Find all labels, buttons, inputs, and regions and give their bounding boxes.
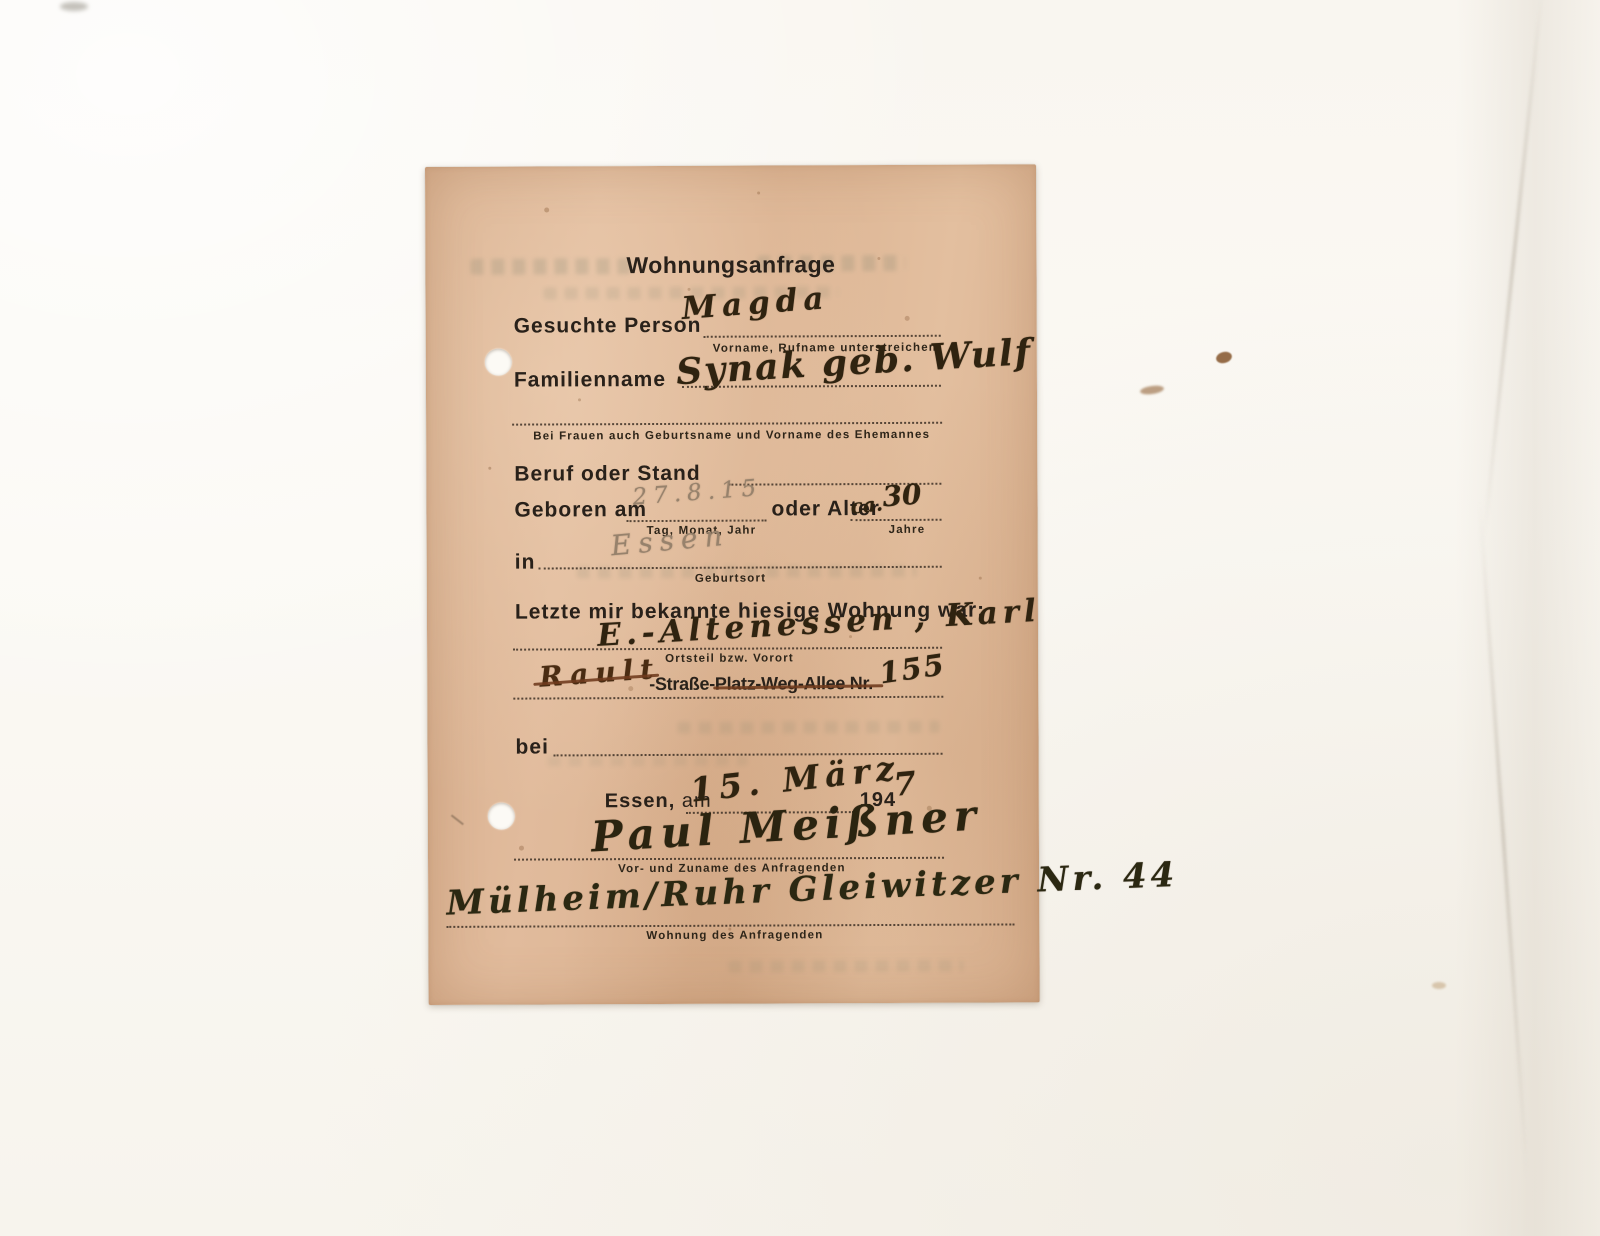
geburtsort-value: Essen xyxy=(609,519,730,563)
signature-line xyxy=(514,857,944,861)
anschrift-hint: Wohnung des Anfragenden xyxy=(646,929,823,942)
familienname-hint: Bei Frauen auch Geburtsname und Vorname … xyxy=(426,428,1037,443)
hausnummer-value: 155 xyxy=(877,647,948,690)
bleed-through-text xyxy=(548,756,748,767)
familienname-label: Familienname xyxy=(514,368,666,393)
bleed-through-text xyxy=(677,721,939,734)
background-smudge xyxy=(60,2,88,11)
geboren-label: Geboren am xyxy=(514,498,647,523)
anschrift-line xyxy=(446,923,1014,927)
alter-value: 30 xyxy=(881,478,922,514)
familienname-value: Synak geb. Wulf xyxy=(675,331,1033,393)
ortsteil-line xyxy=(513,647,942,651)
strasse-line xyxy=(513,696,943,700)
geburtsort-hint: Geburtsort xyxy=(695,573,766,585)
form-paper: Wohnungsanfrage Gesuchte Person Magda Vo… xyxy=(425,164,1040,1005)
bei-label: bei xyxy=(515,735,548,759)
paper-speckles xyxy=(425,167,428,170)
punch-hole xyxy=(485,349,512,376)
ortsteil-hint: Ortsteil bzw. Vorort xyxy=(665,652,794,665)
alter-hint: Jahre xyxy=(889,524,926,536)
geburtsort-label: in xyxy=(515,551,536,575)
background-stain xyxy=(1432,982,1446,989)
form-title: Wohnungsanfrage xyxy=(425,250,1036,280)
background-right-shading xyxy=(1455,0,1600,1236)
punch-hole xyxy=(488,803,515,830)
strasse-crossed-value: Rault xyxy=(538,652,661,694)
gesuchte-person-label: Gesuchte Person xyxy=(514,314,702,339)
scanned-document-page: Wohnungsanfrage Gesuchte Person Magda Vo… xyxy=(0,0,1600,1236)
pencil-mark xyxy=(451,814,464,825)
divider-line xyxy=(512,422,942,426)
alter-prefix: ca. xyxy=(849,491,884,518)
bleed-through-text xyxy=(728,960,963,973)
alter-line xyxy=(851,519,942,521)
